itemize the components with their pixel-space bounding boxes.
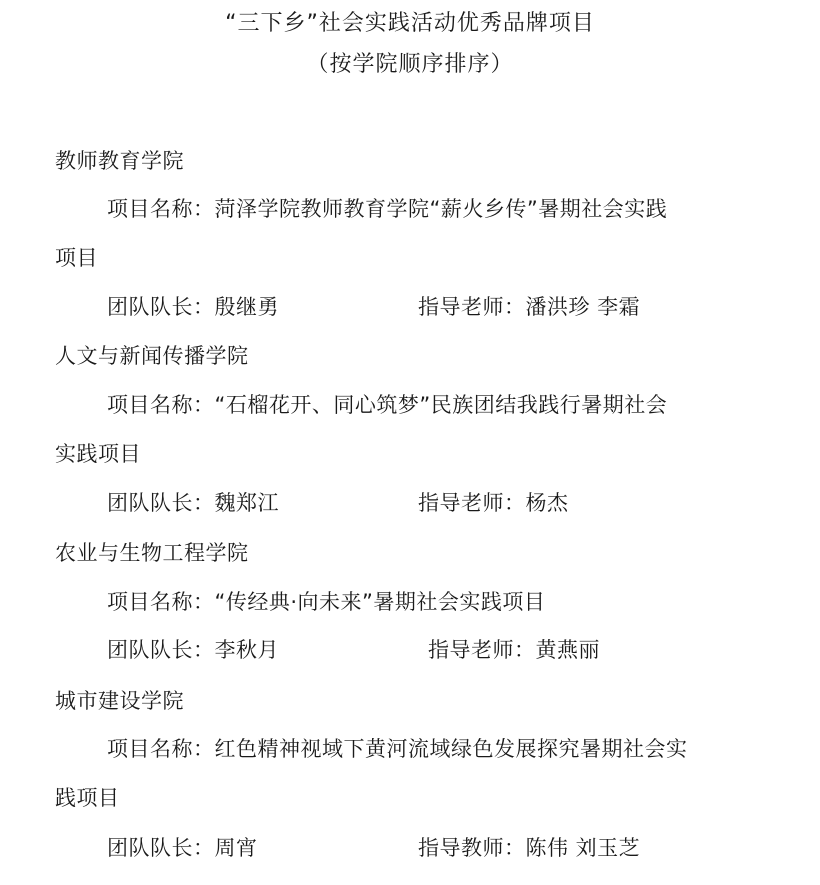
project-name: 项目名称：菏泽学院教师教育学院“薪火乡传”暑期社会实践 [107,194,667,224]
college-heading: 农业与生物工程学院 [55,538,249,568]
project-name-continued: 项目 [55,243,98,273]
team-leader: 团队队长：李秋月 [107,635,279,665]
advisor: 指导教师：陈伟 刘玉芝 [418,833,640,863]
project-name-continued: 实践项目 [55,439,141,469]
project-name: 项目名称：红色精神视域下黄河流域绿色发展探究暑期社会实 [107,734,688,764]
project-name: 项目名称：“传经典·向未来”暑期社会实践项目 [107,587,545,617]
college-heading: 城市建设学院 [55,686,184,716]
project-name: 项目名称：“石榴花开、同心筑梦”民族团结我践行暑期社会 [107,390,667,420]
advisor: 指导老师：潘洪珍 李霜 [418,292,640,322]
team-leader: 团队队长：周宵 [107,833,258,863]
advisor: 指导老师：杨杰 [418,488,569,518]
college-heading: 人文与新闻传播学院 [55,341,249,371]
document-subtitle: （按学院顺序排序） [0,50,820,80]
advisor: 指导老师：黄燕丽 [428,635,600,665]
team-leader: 团队队长：殷继勇 [107,292,279,322]
college-heading: 教师教育学院 [55,146,184,176]
team-leader: 团队队长：魏郑江 [107,488,279,518]
document-title: “三下乡”社会实践活动优秀品牌项目 [0,9,820,39]
project-name-continued: 践项目 [55,783,120,813]
